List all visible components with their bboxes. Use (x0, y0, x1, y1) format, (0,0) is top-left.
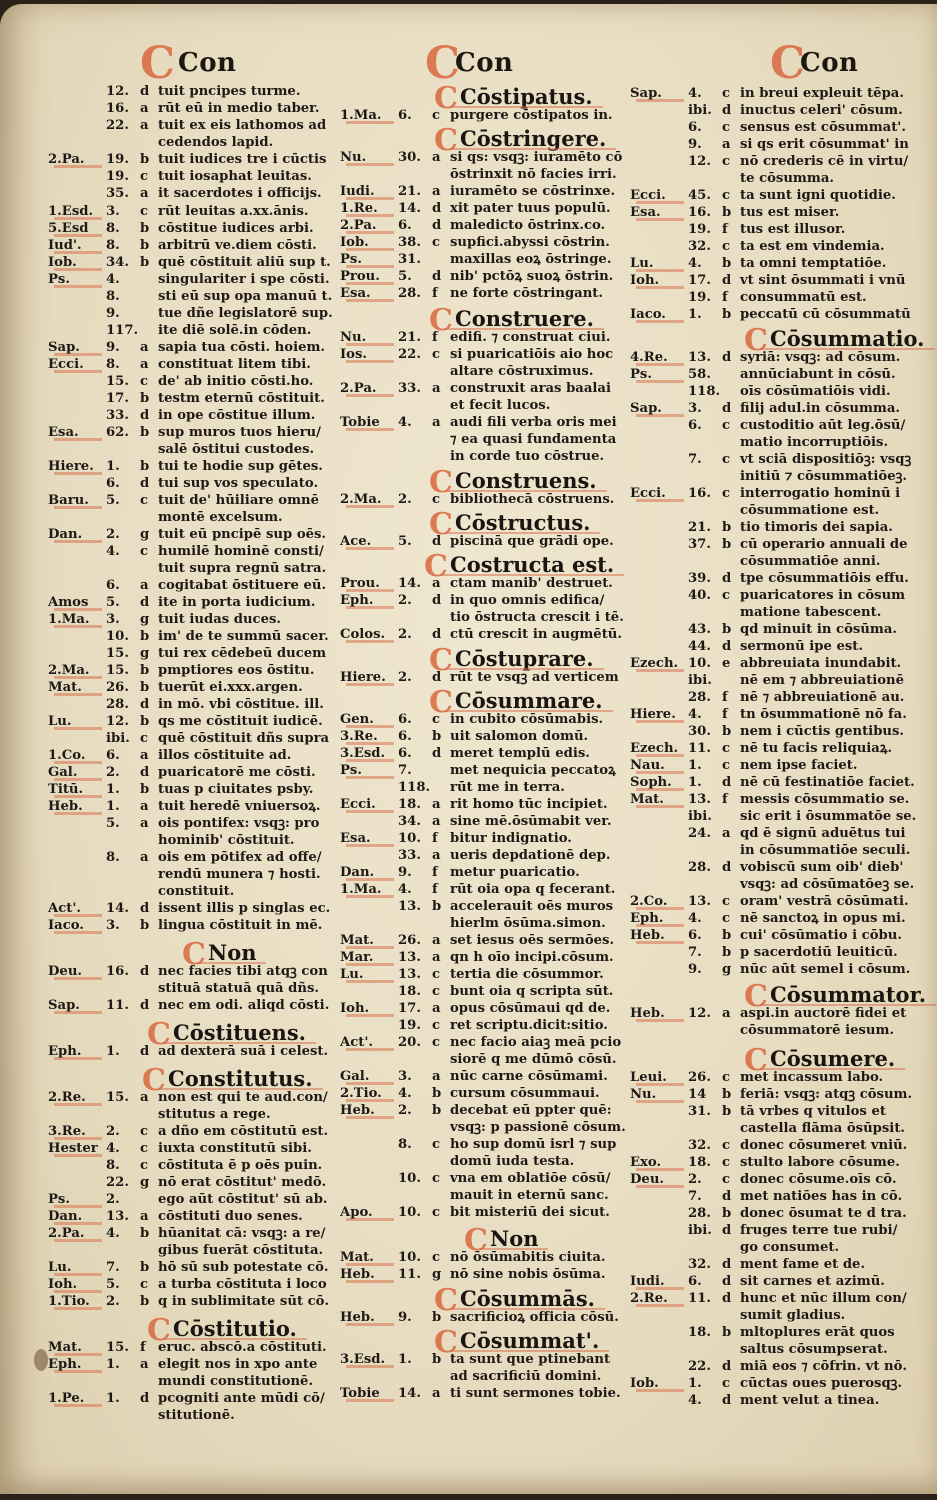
chapter-number: 1. (688, 306, 722, 324)
entry-text: piscinā que grādi ope. (450, 533, 614, 551)
section-letter: a (432, 149, 446, 167)
concordance-entry: 10.cvna em oblatiōe cōsū/ (340, 1170, 625, 1188)
chapter-number: 19. (688, 221, 722, 239)
chapter-number: 6. (398, 728, 432, 746)
chapter-number: 1. (106, 1043, 140, 1061)
concordance-entry: 1.Pe.1.dpcogniti ante mūdi cō/ (48, 1390, 330, 1408)
chapter-number: 1. (106, 1390, 140, 1408)
section-letter: b (722, 204, 736, 222)
book-abbreviation: Eph. (48, 1356, 108, 1374)
entry-text: cōsummatione est. (740, 502, 879, 520)
concordance-entry: cedendos lapid. (48, 134, 330, 152)
section-letter: d (722, 1273, 736, 1291)
entry-text: hunc et nūc illum con/ (740, 1290, 907, 1308)
concordance-entry: Heb.2.bdecebat eū ppter quē: (340, 1102, 625, 1120)
concordance-entry: 6.acogitabat ōstituere eū. (48, 577, 330, 595)
entry-text: tā vrbes q vitulos et (740, 1103, 886, 1121)
entry-text: tuit iudas duces. (158, 611, 281, 629)
concordance-entry: 40.cpuaricatores in cōsum (630, 587, 930, 605)
section-letter: b (432, 898, 446, 916)
entry-text: ois em pōtifex ad offe/ (158, 849, 322, 867)
section-letter: c (140, 373, 154, 391)
entry-text: sumit gladius. (740, 1307, 845, 1325)
entry-text: domū iuda testa. (450, 1153, 574, 1171)
chapter-number: 2. (398, 626, 432, 644)
book-abbreviation: Esa. (340, 830, 400, 848)
concordance-entry: 19.ctuit iosaphat leuitas. (48, 168, 330, 186)
entry-text: nem ipse faciet. (740, 757, 858, 775)
entry-text: hominib' cōstituit. (158, 832, 295, 850)
entry-text: rūt oia opa q fecerant. (450, 881, 615, 899)
concordance-entry: 12.cnō crederis cē in virtu/ (630, 153, 930, 171)
entry-text: hō sū sub potestate cō. (158, 1259, 328, 1277)
chapter-number: 4. (688, 910, 722, 928)
section-letter: c (140, 1140, 154, 1158)
book-abbreviation: Hiere. (630, 706, 690, 724)
lemma-heading: CConstitutus. (168, 1066, 313, 1091)
entry-text: constituit. (158, 883, 234, 901)
concordance-entry: 28.dvobiscū sum oib' dieb' (630, 859, 930, 877)
concordance-entry: domū iuda testa. (340, 1153, 625, 1171)
concordance-entry: Mar.13.aqn h oīo incipi.cōsum. (340, 949, 625, 967)
chapter-number: 4. (106, 1140, 140, 1158)
concordance-entry: hierlm ōsūma.simon. (340, 915, 625, 933)
chapter-number: 18. (688, 1154, 722, 1172)
concordance-entry: sumit gladius. (630, 1307, 930, 1325)
concordance-entry: in cōsummatiōe seculi. (630, 842, 930, 860)
book-abbreviation: Ioh. (340, 1000, 400, 1018)
section-letter: d (722, 1256, 736, 1274)
concordance-entry: 8.aois em pōtifex ad offe/ (48, 849, 330, 867)
section-letter: c (140, 1276, 154, 1294)
entry-text: audi fili verba oris mei (450, 414, 617, 432)
chapter-number: 2. (398, 669, 432, 687)
chapter-number: 8. (106, 288, 140, 306)
entry-text: nib' pctōꝝ suoꝝ ōstrin. (450, 268, 613, 286)
concordance-entry: Soph.1.dnē cū festinatiōe faciet. (630, 774, 930, 792)
concordance-entry: Gal.3.anūc carne cōsūmami. (340, 1068, 625, 1086)
concordance-entry: 6.dtui sup vos speculato. (48, 475, 330, 493)
section-letter: a (140, 1356, 154, 1374)
entry-text: donec ōsumat te d tra. (740, 1205, 907, 1223)
book-abbreviation: Dan. (340, 864, 400, 882)
entry-text: miā eos ⁊ cōfrin. vt nō. (740, 1358, 907, 1376)
entry-text: tuit iudices tre i cūctis (158, 151, 326, 169)
concordance-entry: Apo.10.cbit misteriū dei sicut. (340, 1204, 625, 1222)
concordance-entry: 118.rūt me in terra. (340, 779, 625, 797)
chapter-number: 8. (106, 356, 140, 374)
entry-text: rendū munera ⁊ hosti. (158, 866, 321, 884)
section-letter: c (722, 1154, 736, 1172)
entry-text: nē tu facis reliquiaꝝ. (740, 740, 892, 758)
concordance-entry: Nu.14bferiā: vsqꝫ: atqꝫ cōsum. (630, 1086, 930, 1104)
section-letter: d (140, 1390, 154, 1408)
section-letter: f (432, 881, 446, 899)
chapter-number: 24. (688, 825, 722, 843)
concordance-entry: ibi.cquē cōstituit dñs supra (48, 730, 330, 748)
chapter-number: 22. (688, 1358, 722, 1376)
concordance-entry: mundi constitutionē. (48, 1373, 330, 1391)
section-letter: c (432, 346, 446, 364)
book-abbreviation: 2.Pa. (48, 1225, 108, 1243)
entry-text: in quo omnis edifica/ (450, 592, 604, 610)
concordance-entry: 19.ftus est illusor. (630, 221, 930, 239)
entry-text: ho sup domū isrl ⁊ sup (450, 1136, 616, 1154)
book-abbreviation: Mar. (340, 949, 400, 967)
section-letter: c (722, 757, 736, 775)
chapter-number: 30. (398, 149, 432, 167)
concordance-entry: Eph.1.aelegit nos in xpo ante (48, 1356, 330, 1374)
section-letter: a (432, 847, 446, 865)
chapter-number: 8. (398, 1136, 432, 1154)
chapter-number: 7. (398, 762, 432, 780)
entry-text: interrogatio hominū i (740, 485, 900, 503)
chapter-number: 1. (106, 458, 140, 476)
concordance-entry: 1.Ma.4.frūt oia opa q fecerant. (340, 881, 625, 899)
section-letter: g (140, 1174, 154, 1192)
concordance-entry: Iaco.3.blingua cōstituit in mē. (48, 917, 330, 935)
section-letter: b (140, 1225, 154, 1243)
entry-text: ta sunt que ptinebant (450, 1351, 610, 1369)
section-letter: b (722, 723, 736, 741)
chapter-number: 5. (106, 815, 140, 833)
concordance-entry: stitutus a rege. (48, 1106, 330, 1124)
chapter-number: 44. (688, 638, 722, 656)
section-letter: b (432, 1351, 446, 1369)
book-page: C Con 12.dtuit pncipes turme.16.arūt eū … (0, 4, 937, 1494)
entry-text: tuit eū pncipē sup oēs. (158, 526, 326, 544)
concordance-entry: Ezech.11.cnē tu facis reliquiaꝝ. (630, 740, 930, 758)
entry-text: salē ōstitui custodes. (158, 441, 314, 459)
entry-text: lingua cōstituit in mē. (158, 917, 322, 935)
concordance-entry: 4.chumilē hominē consti/ (48, 543, 330, 561)
concordance-entry: 5.Esd8.bcōstitue iudices arbi. (48, 220, 330, 238)
concordance-entry: in corde tuo cōstrue. (340, 448, 625, 466)
entry-text: mundi constitutionē. (158, 1373, 313, 1391)
chapter-number: 10. (398, 1249, 432, 1267)
concordance-entry: Mat.26.btuerūt ei.xxx.argen. (48, 679, 330, 697)
entry-text: cōstituta ē p oēs puin. (158, 1157, 322, 1175)
concordance-entry: Heb.12.aaspi.in auctorē fidei et (630, 1005, 930, 1023)
concordance-entry: Prou.14.actam manib' destruet. (340, 575, 625, 593)
chapter-number: 10. (398, 830, 432, 848)
entry-text: it sacerdotes i officijs. (158, 185, 322, 203)
book-abbreviation: Mat. (48, 679, 108, 697)
section-letter: b (140, 220, 154, 238)
concordance-entry: Act'.20.cnec facio aiaꝫ meā pcio (340, 1034, 625, 1052)
running-head: Con (455, 48, 513, 78)
entry-text: si qs erit cōsummat' in (740, 136, 909, 154)
chapter-number: 1. (398, 1351, 432, 1369)
concordance-entry: Ace.5.dpiscinā que grādi ope. (340, 533, 625, 551)
chapter-number: 34. (106, 254, 140, 272)
book-abbreviation: 1.Ma. (48, 611, 108, 629)
chapter-number: 4. (688, 255, 722, 273)
concordance-entry: Leui.26.cmet incassum labo. (630, 1069, 930, 1087)
concordance-entry: 33.aueris depdationē dep. (340, 847, 625, 865)
entry-text: nō crederis cē in virtu/ (740, 153, 908, 171)
entry-text: nō sine nobis ōsūma. (450, 1266, 606, 1284)
entry-text: a turba cōstituta i loco (158, 1276, 327, 1294)
section-letter: b (722, 1086, 736, 1104)
concordance-entry: 118.oīs cōsūmatiōis vidi. (630, 383, 930, 401)
book-abbreviation: Titū. (48, 781, 108, 799)
section-letter: c (722, 238, 736, 256)
chapter-number: 11. (688, 1290, 722, 1308)
concordance-entry: Esa.10.fbitur indignatio. (340, 830, 625, 848)
entry-text: siorē q me dūmō cōsū. (450, 1051, 617, 1069)
concordance-entry: 2.Pa.4.bhūanitat cā: vsqꝫ: a re/ (48, 1225, 330, 1243)
book-abbreviation: Prou. (340, 575, 400, 593)
book-abbreviation: Mat. (630, 791, 690, 809)
entry-text: tue dñe legislatorē sup. (158, 305, 333, 323)
entry-text: in mō. vbi cōstitue. ill. (158, 696, 324, 714)
entry-text: pmptiores eos ōstitu. (158, 662, 314, 680)
chapter-number: 33. (106, 407, 140, 425)
entry-text: initiū ⁊ cōsummatiōeꝫ. (740, 468, 907, 486)
book-abbreviation: Hiere. (340, 669, 400, 687)
section-letter: b (140, 390, 154, 408)
section-letter: d (722, 1188, 736, 1206)
book-abbreviation: Heb. (630, 927, 690, 945)
entry-text: met incassum labo. (740, 1069, 883, 1087)
concordance-entry: 8.cho sup domū isrl ⁊ sup (340, 1136, 625, 1154)
entry-text: aspi.in auctorē fidei et (740, 1005, 906, 1023)
section-letter: c (432, 711, 446, 729)
lemma-heading: CCōstuprare. (455, 646, 594, 671)
entry-text: quē cōstituit aliū sup t. (158, 254, 331, 272)
lemma-heading: CCōstitutio. (173, 1316, 297, 1341)
entry-text: annūciabunt in cōsū. (740, 366, 896, 384)
concordance-entry: Ecci.8.aconstituat litem tibi. (48, 356, 330, 374)
chapter-number: 13. (398, 898, 432, 916)
entry-text: in cubito cōsūmabis. (450, 711, 603, 729)
section-letter: d (140, 475, 154, 493)
concordance-entry: Eph.2.din quo omnis edifica/ (340, 592, 625, 610)
concordance-entry: 8.ccōstituta ē p oēs puin. (48, 1157, 330, 1175)
section-letter: a (722, 825, 736, 843)
section-letter: d (432, 745, 446, 763)
chapter-number: 32. (688, 238, 722, 256)
entry-text: tpe cōsummatiōis effu. (740, 570, 909, 588)
chapter-number: 62. (106, 424, 140, 442)
section-letter: b (140, 254, 154, 272)
section-letter: g (140, 611, 154, 629)
entry-text: sacrificioꝝ officia cōsū. (450, 1309, 619, 1327)
concordance-entry: Ps.7.met nequicia peccatoꝝ (340, 762, 625, 780)
book-abbreviation: Act'. (48, 900, 108, 918)
section-letter: f (722, 706, 736, 724)
entry-text: in breui expleuit tēpa. (740, 85, 904, 103)
concordance-entry: 17.btestm eternū cōstituit. (48, 390, 330, 408)
section-letter: b (140, 781, 154, 799)
section-letter: b (140, 628, 154, 646)
section-letter: b (140, 237, 154, 255)
concordance-entry: Sap.4.cin breui expleuit tēpa. (630, 85, 930, 103)
entry-text: ego aūt cōstitut' sū ab. (158, 1191, 328, 1209)
chapter-number: 1. (106, 798, 140, 816)
entry-text: vobiscū sum oib' dieb' (740, 859, 903, 877)
book-abbreviation: Heb. (340, 1102, 400, 1120)
concordance-entry: Ioh.5.ca turba cōstituta i loco (48, 1276, 330, 1294)
concordance-entry: go consumet. (630, 1239, 930, 1257)
running-head: Con (800, 48, 858, 78)
entry-text: hūanitat cā: vsqꝫ: a re/ (158, 1225, 325, 1243)
entry-text: nē cū festinatiōe faciet. (740, 774, 915, 792)
entry-text: ite diē solē.in cōden. (158, 322, 311, 340)
book-abbreviation: Lu. (630, 255, 690, 273)
book-abbreviation: Mat. (340, 932, 400, 950)
chapter-number: 118. (398, 779, 432, 797)
concordance-entry: 7.cvt sciā dispositiōꝫ: vsqꝫ (630, 451, 930, 469)
book-abbreviation: Nau. (630, 757, 690, 775)
concordance-entry: 4.dment velut a tinea. (630, 1392, 930, 1410)
book-abbreviation: 2.Ma. (340, 491, 400, 509)
book-abbreviation: Iudi. (630, 1273, 690, 1291)
entry-text: matione tabescent. (740, 604, 881, 622)
concordance-entry: Ios.22.csi puaricatiōis aio hoc (340, 346, 625, 364)
concordance-entry: salē ōstitui custodes. (48, 441, 330, 459)
chapter-number: 3. (106, 203, 140, 221)
book-abbreviation: Leui. (630, 1069, 690, 1087)
book-abbreviation: Heb. (630, 1005, 690, 1023)
entry-text: uit salomon domū. (450, 728, 588, 746)
book-abbreviation: Ioh. (630, 272, 690, 290)
chapter-number: 39. (688, 570, 722, 588)
entry-text: nō erat cōstitut' medō. (158, 1174, 326, 1192)
concordance-entry: 32.cdonec cōsumeret vniū. (630, 1137, 930, 1155)
concordance-entry: Mat.15.feruc. abscō.a cōstituti. (48, 1339, 330, 1357)
section-letter: c (432, 966, 446, 984)
entry-text: quē cōstituit dñs supra (158, 730, 329, 748)
section-letter: d (432, 626, 446, 644)
entry-text: maxillas eoꝝ ōstringe. (450, 251, 611, 269)
chapter-number: 14. (398, 200, 432, 218)
concordance-entry: Amos5.dite in porta iudicium. (48, 594, 330, 612)
entry-text: ueris depdationē dep. (450, 847, 610, 865)
entry-text: sti eū sup opa manuū t. (158, 288, 332, 306)
book-abbreviation: Eph. (340, 592, 400, 610)
concordance-entry: 43.bqd minuit in cōsūma. (630, 621, 930, 639)
book-abbreviation: Mat. (340, 1249, 400, 1267)
chapter-number: 7. (688, 944, 722, 962)
entry-text: rit homo tūc incipiet. (450, 796, 608, 814)
concordance-entry: 2.Pa.19.btuit iudices tre i cūctis (48, 151, 330, 169)
book-abbreviation: 1.Re. (340, 200, 400, 218)
chapter-number: 22. (106, 1174, 140, 1192)
concordance-entry: Sap.11.dnec em odi. aliqd cōsti. (48, 997, 330, 1015)
book-abbreviation: 1.Ma. (340, 881, 400, 899)
chapter-number: 10. (688, 655, 722, 673)
book-abbreviation: Ace. (340, 533, 400, 551)
concordance-entry: Ezech.10.eabbreuiata inundabit. (630, 655, 930, 673)
section-letter: a (722, 136, 736, 154)
entry-text: iuramēto se cōstrinxe. (450, 183, 615, 201)
section-letter: b (722, 1103, 736, 1121)
section-letter: c (722, 910, 736, 928)
concordance-entry: cōsummatorē iesum. (630, 1022, 930, 1040)
concordance-entry: 3.Esd.6.dmeret templū edis. (340, 745, 625, 763)
book-abbreviation: Baru. (48, 492, 108, 510)
entry-text: nūc aūt semel i cōsum. (740, 961, 910, 979)
concordance-entry: 6.ccustoditio aūt leg.ōsū/ (630, 417, 930, 435)
section-letter: f (432, 864, 446, 882)
concordance-entry: Gal.2.dpuaricatorē me cōsti. (48, 764, 330, 782)
chapter-number: 3. (106, 611, 140, 629)
entry-text: ad sacrificiū domini. (450, 1368, 601, 1386)
concordance-entry: Sap.3.dfilij adul.in cōsumma. (630, 400, 930, 418)
section-letter: b (722, 1205, 736, 1223)
concordance-entry: Sap.9.asapia tua cōsti. hoiem. (48, 339, 330, 357)
entry-text: vt sint ōsummati i vnū (740, 272, 905, 290)
concordance-entry: 33.din ope cōstitue illum. (48, 407, 330, 425)
chapter-number: 19. (106, 151, 140, 169)
concordance-entry: Dan.13.acōstituti duo senes. (48, 1208, 330, 1226)
entry-text: in ope cōstitue illum. (158, 407, 315, 425)
concordance-entry: 13.baccelerauit oēs muros (340, 898, 625, 916)
entry-text: rūt leuitas a.xx.ānis. (158, 203, 308, 221)
entry-text: stitutionē. (158, 1407, 235, 1425)
concordance-entry: 21.btio timoris dei sapia. (630, 519, 930, 537)
entry-text: oram' vestrā cōsūmati. (740, 893, 909, 911)
entry-text: tuit iosaphat leuitas. (158, 168, 312, 186)
chapter-number: 4. (398, 881, 432, 899)
entry-text: de' ab initio cōsti.ho. (158, 373, 313, 391)
entry-text: vsqꝫ: ad cōsūmatōeꝫ se. (740, 876, 914, 894)
concordance-entry: Mat.26.aset iesus oēs sermōes. (340, 932, 625, 950)
section-letter: d (140, 696, 154, 714)
section-letter: d (722, 774, 736, 792)
section-letter: c (140, 543, 154, 561)
entry-text: tio ōstructa crescit i tē. (450, 609, 624, 627)
section-letter: b (432, 1085, 446, 1103)
section-letter: a (140, 849, 154, 867)
section-letter: d (140, 1043, 154, 1061)
entry-text: tuit supra regnū satra. (158, 560, 326, 578)
concordance-entry: ad sacrificiū domini. (340, 1368, 625, 1386)
entry-text: qs me cōstituit iudicē. (158, 713, 323, 731)
concordance-entry: 117.ite diē solē.in cōden. (48, 322, 330, 340)
section-letter: d (722, 400, 736, 418)
book-abbreviation: 2.Pa. (48, 151, 108, 169)
concordance-entry: 37.bcū operario annuali de (630, 536, 930, 554)
chapter-number: 28. (688, 689, 722, 707)
chapter-number: ibi. (688, 808, 722, 826)
section-letter: a (432, 380, 446, 398)
concordance-entry: Ecci.16.cinterrogatio hominū i (630, 485, 930, 503)
section-letter: c (432, 1017, 446, 1035)
concordance-entry: 30.bnem i cūctis gentibus. (630, 723, 930, 741)
section-letter: c (432, 1136, 446, 1154)
lemma-heading: CCostructa est. (450, 552, 614, 577)
entry-text: iuxta constitutū sibi. (158, 1140, 312, 1158)
entry-text: tus est illusor. (740, 221, 845, 239)
entry-text: cogitabat ōstituere eū. (158, 577, 326, 595)
section-letter: g (140, 645, 154, 663)
concordance-entry: Exo.18.cstulto labore cōsume. (630, 1154, 930, 1172)
chapter-number: 6. (398, 745, 432, 763)
entry-text: vt sciā dispositiōꝫ: vsqꝫ (740, 451, 911, 469)
book-abbreviation: Ezech. (630, 740, 690, 758)
entry-text: cōsummatiōe anni. (740, 553, 881, 571)
entry-text: tuit ex eis lathomos ad (158, 117, 326, 135)
section-letter: a (140, 1089, 154, 1107)
section-letter: c (432, 1034, 446, 1052)
concordance-entry: 5.aois pontifex: vsqꝫ: pro (48, 815, 330, 833)
section-letter: d (722, 638, 736, 656)
entry-text: nec facies tibi atqꝫ con (158, 963, 328, 981)
entry-text: ment fame et de. (740, 1256, 865, 1274)
